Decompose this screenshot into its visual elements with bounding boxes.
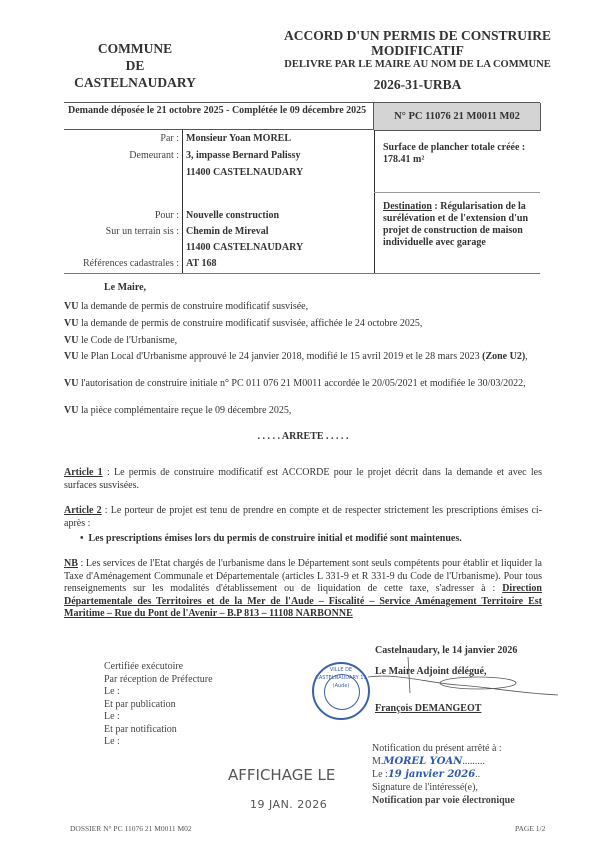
certification-line: Par réception de Préfecture bbox=[104, 674, 213, 687]
right-divider bbox=[374, 192, 540, 193]
demande-dates: Demande déposée le 21 octobre 2025 - Com… bbox=[64, 103, 374, 130]
nb-label: NB bbox=[64, 558, 78, 569]
vu-label: VU bbox=[64, 351, 78, 362]
vu-label: VU bbox=[64, 405, 78, 416]
project-type: Nouvelle construction bbox=[186, 208, 279, 223]
bullet-icon: • bbox=[80, 533, 89, 544]
article-1: Article 1 : Le permis de construire modi… bbox=[64, 466, 542, 492]
vu-item: VU le Plan Local d'Urbanisme approuvé le… bbox=[64, 350, 542, 363]
notification-recipient: M.MOREL YOAN......... bbox=[372, 755, 515, 768]
bullet-text: Les prescriptions émises lors du permis … bbox=[89, 533, 462, 544]
vu-item: VU la demande de permis de construire mo… bbox=[64, 300, 542, 313]
town-seal: VILLE DE CASTELNAUDARY 11 (Aude) bbox=[312, 662, 370, 720]
vu-label: VU bbox=[64, 318, 78, 329]
article-2-text: : Le porteur de projet est tenu de prend… bbox=[64, 505, 542, 529]
vu-item: VU la demande de permis de construire mo… bbox=[64, 317, 542, 330]
surface-plancher: Surface de plancher totale créée : 178.4… bbox=[383, 142, 538, 166]
seal-text: VILLE DE CASTELNAUDARY 11 (Aude) bbox=[314, 664, 368, 720]
handwritten-date: 19 janvier 2026 bbox=[388, 769, 475, 780]
le-maire: Le Maire, bbox=[104, 281, 582, 294]
column-divider bbox=[374, 130, 375, 273]
terrain-address-1: Chemin de Mireval bbox=[186, 224, 269, 239]
title-line: ACCORD D'UN PERMIS DE CONSTRUIRE bbox=[255, 28, 580, 43]
commune-heading: COMMUNE DE CASTELNAUDARY bbox=[60, 40, 210, 91]
notification-block: Notification du présent arrêté à : M.MOR… bbox=[372, 742, 515, 807]
applicant-address-2: 11400 CASTELNAUDARY bbox=[186, 165, 303, 180]
certification-line: Et par notification bbox=[104, 724, 213, 737]
article-2: Article 2 : Le porteur de projet est ten… bbox=[64, 504, 542, 530]
nb-text: : Les services de l'Etat chargés de l'ur… bbox=[64, 558, 542, 594]
certification-block: Certifiée exécutoire Par réception de Pr… bbox=[104, 661, 213, 749]
commune-line: CASTELNAUDARY bbox=[60, 74, 210, 91]
vu-label: VU bbox=[64, 335, 78, 346]
vu-tail: , bbox=[525, 351, 528, 362]
vu-item: VU l'autorisation de construire initiale… bbox=[64, 377, 542, 390]
title-line: MODIFICATIF bbox=[255, 43, 580, 58]
handwritten-signature-icon bbox=[368, 655, 563, 700]
destination: Destination : Régularisation de la surél… bbox=[383, 201, 538, 249]
le-prefix: Le : bbox=[372, 769, 388, 780]
vu-text: la pièce complémentaire reçue le 09 déce… bbox=[78, 405, 291, 416]
certification-line: Et par publication bbox=[104, 699, 213, 712]
notification-signature: Signature de l'intéressé(e), bbox=[372, 781, 515, 794]
certification-line: Certifiée exécutoire bbox=[104, 661, 213, 674]
cadastre-value: AT 168 bbox=[186, 256, 216, 271]
notification-date: Le :19 janvier 2026.. bbox=[372, 768, 515, 781]
cadastre-label: Références cadastrales : bbox=[64, 256, 179, 271]
article-2-label: Article 2 bbox=[64, 505, 102, 516]
page-number: PAGE 1/2 bbox=[515, 824, 545, 833]
vu-item: VU la pièce complémentaire reçue le 09 d… bbox=[64, 404, 542, 417]
terrain-address-2: 11400 CASTELNAUDARY bbox=[186, 240, 303, 255]
applicant-name: Monsieur Yoan MOREL bbox=[186, 131, 291, 146]
arrete-heading: . . . . . ARRETE . . . . . bbox=[64, 430, 542, 443]
document-title: ACCORD D'UN PERMIS DE CONSTRUIRE MODIFIC… bbox=[255, 28, 580, 94]
pour-label: Pour : bbox=[64, 208, 179, 223]
box-bottom-border bbox=[64, 273, 540, 274]
arrete-reference: 2026-31-URBA bbox=[255, 76, 580, 94]
signatory-name: François DEMANGEOT bbox=[375, 703, 481, 714]
article-1-label: Article 1 bbox=[64, 467, 103, 478]
vu-text: la demande de permis de construire modif… bbox=[78, 318, 422, 329]
vu-label: VU bbox=[64, 301, 78, 312]
commune-line: COMMUNE bbox=[60, 40, 210, 57]
vu-item: VU le Code de l'Urbanisme, bbox=[64, 334, 542, 347]
notification-mode: Notification par voie électronique bbox=[372, 794, 515, 807]
vu-text: l'autorisation de construire initiale n°… bbox=[78, 378, 525, 389]
terrain-label: Sur un terrain sis : bbox=[64, 224, 179, 239]
par-label: Par : bbox=[64, 131, 179, 146]
m-prefix: M. bbox=[372, 756, 383, 767]
label-divider bbox=[182, 130, 183, 273]
destination-label: Destination bbox=[383, 201, 432, 212]
vu-text: le Plan Local d'Urbanisme approuvé le 24… bbox=[78, 351, 482, 362]
certification-line: Le : bbox=[104, 686, 213, 699]
commune-line: DE bbox=[60, 57, 210, 74]
demeurant-label: Demeurant : bbox=[64, 148, 179, 163]
vu-label: VU bbox=[64, 378, 78, 389]
vu-text: le Code de l'Urbanisme, bbox=[78, 335, 177, 346]
affichage-stamp: AFFICHAGE LE bbox=[228, 766, 335, 784]
notification-title: Notification du présent arrêté à : bbox=[372, 742, 515, 755]
nb-paragraph: NB : Les services de l'Etat chargés de l… bbox=[64, 558, 542, 621]
zone-label: (Zone U2) bbox=[482, 351, 525, 362]
applicant-address-1: 3, impasse Bernard Palissy bbox=[186, 148, 300, 163]
handwritten-recipient: MOREL YOAN bbox=[383, 756, 462, 767]
affichage-date: 19 JAN. 2026 bbox=[250, 798, 327, 811]
certification-line: Le : bbox=[104, 736, 213, 749]
title-subline: DELIVRE PAR LE MAIRE AU NOM DE LA COMMUN… bbox=[255, 58, 580, 72]
dossier-number: DOSSIER N° PC 11076 21 M0011 M02 bbox=[70, 824, 192, 833]
certification-line: Le : bbox=[104, 711, 213, 724]
vu-text: la demande de permis de construire modif… bbox=[78, 301, 308, 312]
article-2-bullet: • Les prescriptions émises lors du permi… bbox=[80, 532, 542, 545]
pc-number: N° PC 11076 21 M0011 M02 bbox=[374, 103, 541, 131]
article-1-text: : Le permis de construire modificatif es… bbox=[64, 467, 542, 491]
